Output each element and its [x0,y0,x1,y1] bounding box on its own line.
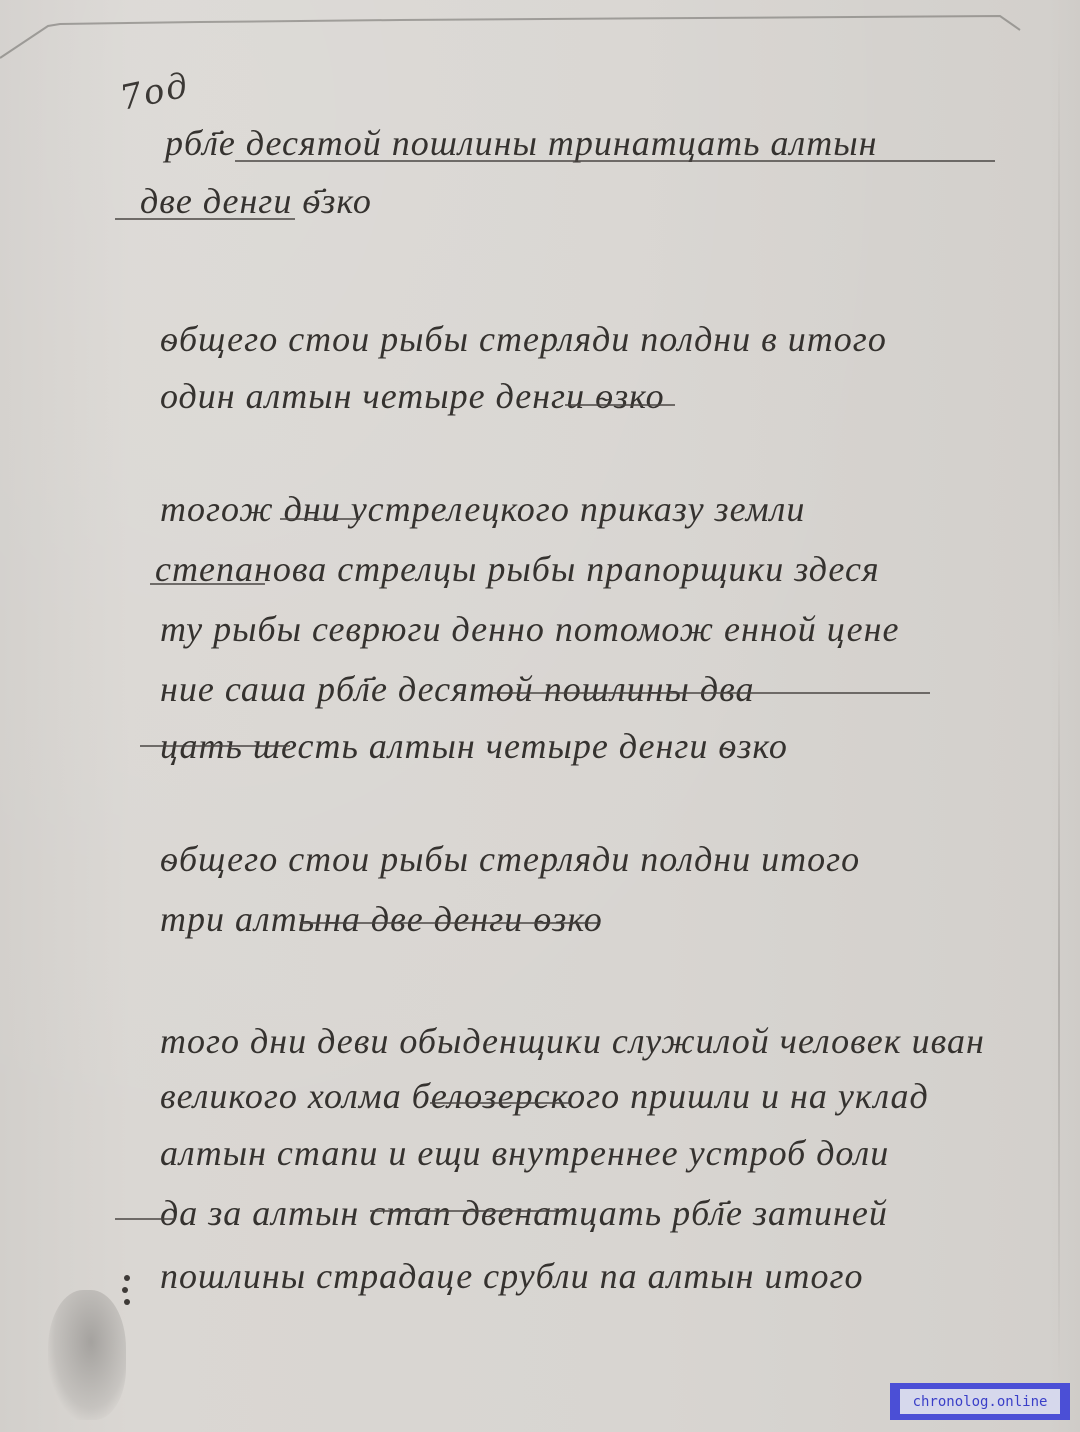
watermark-text: chronolog.online [900,1389,1060,1414]
manuscript-line: один алтын четыре денги ѳзко [160,375,665,417]
underline-stroke [565,404,675,406]
manuscript-line: ту рыбы севрюги денно потомож енной цене [160,608,899,650]
page-right-edge [1058,40,1060,1380]
underline-stroke [280,518,360,520]
watermark-badge: chronolog.online [890,1383,1070,1420]
page-top-edge [0,0,1080,60]
manuscript-line: три алтына две денги ѳзко [160,898,603,940]
manuscript-line: ѳбщего стои рыбы стерляди полдни итого [160,838,860,880]
underline-stroke [300,922,600,924]
underline-stroke [370,1210,570,1212]
manuscript-line: ние саша рбл҃е десятой пошлины два [160,668,755,710]
manuscript-line: великого холма белозерского пришли и на … [160,1075,929,1117]
ink-dots [120,1275,140,1315]
underline-stroke [235,160,995,162]
manuscript-line: рбл҃е десятой пошлины тринатцать алтын [165,122,877,164]
manuscript-line: ѳбщего стои рыбы стерляди полдни в итого [160,318,887,360]
underline-stroke [430,1102,570,1104]
underline-stroke [115,218,295,220]
underline-stroke [140,745,290,747]
manuscript-line: две денги ѳ҃зко [140,180,372,222]
manuscript-line: алтын стапи и ещи внутреннее устроб доли [160,1132,889,1174]
manuscript-line: того дни деви обыденщики служилой челове… [160,1020,985,1062]
fingerprint-smudge [48,1290,126,1420]
manuscript-line: да за алтын стап двенатцать рбл҃е затине… [160,1192,888,1234]
underline-stroke [490,692,930,694]
underline-stroke [115,1218,175,1220]
manuscript-line: пошлины страдаце срубли па алтын итого [160,1255,864,1297]
manuscript-line: тогож дни устрелецкого приказу земли [160,488,805,530]
underline-stroke [150,583,265,585]
